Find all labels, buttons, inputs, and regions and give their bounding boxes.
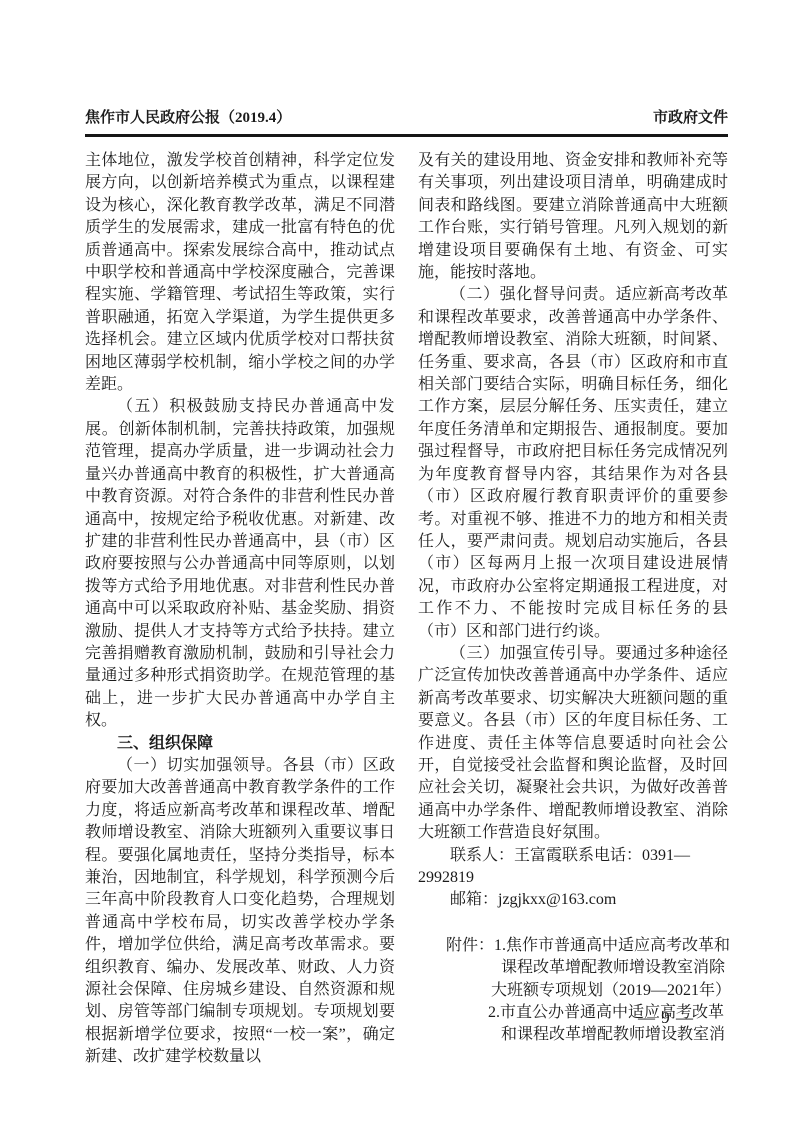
clause-5-body: 创新体制机制，完善扶持政策，加强规范管理，提高办学质量，进一步调动社会力量兴办普… <box>85 421 395 729</box>
attachments-block: 附件：1.焦作市普通高中适应高考改革和 课程改革增配教师增设教室消除 大班额专项… <box>418 935 728 1047</box>
attachment-line: 课程改革增配教师增设教室消除 <box>418 957 728 979</box>
attachment-line: 大班额专项规划（2019—2021年） <box>418 980 728 1002</box>
paragraph-clause-5: （五）积极鼓励支持民办普通高中发展。创新体制机制，完善扶持政策，加强规范管理，提… <box>85 396 395 732</box>
contact-email-line: 邮箱：jzgjkxx@163.com <box>418 889 728 911</box>
clause-1-body: 各县（市）区政府要加大改善普通高中教育教学条件的工作力度，将适应新高考改革和课程… <box>85 757 395 1065</box>
header-doc-type: 市政府文件 <box>653 106 728 127</box>
paragraph-clause-1: （一）切实加强领导。各县（市）区政府要加大改善普通高中教育教学条件的工作力度，将… <box>85 755 395 1069</box>
document-body: 主体地位，激发学校首创精神，科学定位发展方向，以创新培养模式为重点，以课程建设为… <box>85 150 728 1069</box>
contact-person-line: 联系人：王富霞联系电话：0391—2992819 <box>418 845 728 890</box>
paragraph-clause-3: （三）加强宣传引导。要通过多种途径广泛宣传加快改善普通高中办学条件、适应新高考改… <box>418 643 728 845</box>
clause-2-body: 适应新高考改革和课程改革要求，改善普通高中办学条件、增配教师增设教室、消除大班额… <box>418 286 728 639</box>
document-page: 焦作市人民政府公报（2019.4） 市政府文件 主体地位，激发学校首创精神，科学… <box>0 0 793 1122</box>
left-column: 主体地位，激发学校首创精神，科学定位发展方向，以创新培养模式为重点，以课程建设为… <box>85 150 395 1069</box>
paragraph-clause-2: （二）强化督导问责。适应新高考改革和课程改革要求，改善普通高中办学条件、增配教师… <box>418 284 728 643</box>
clause-3-lead: （三）加强宣传引导。 <box>450 645 616 662</box>
paragraph-continuation: 及有关的建设用地、资金安排和教师补充等有关事项，列出建设项目清单，明确建成时间表… <box>418 150 728 284</box>
page-header: 焦作市人民政府公报（2019.4） 市政府文件 <box>85 106 728 137</box>
attachment-line: 附件：1.焦作市普通高中适应高考改革和 <box>418 935 728 957</box>
clause-1-lead: （一）切实加强领导。 <box>117 757 283 774</box>
paragraph-continuation: 主体地位，激发学校首创精神，科学定位发展方向，以创新培养模式为重点，以课程建设为… <box>85 150 395 396</box>
clause-2-lead: （二）强化督导问责。 <box>450 286 616 303</box>
clause-3-body: 要通过多种途径广泛宣传加快改善普通高中办学条件、适应新高考改革要求、切实解决大班… <box>418 645 728 841</box>
header-gazette-title: 焦作市人民政府公报（2019.4） <box>85 106 291 127</box>
page-number: — 9 — <box>638 1006 694 1030</box>
right-column: 及有关的建设用地、资金安排和教师补充等有关事项，列出建设项目清单，明确建成时间表… <box>418 150 728 1069</box>
section-heading: 三、组织保障 <box>85 733 395 755</box>
